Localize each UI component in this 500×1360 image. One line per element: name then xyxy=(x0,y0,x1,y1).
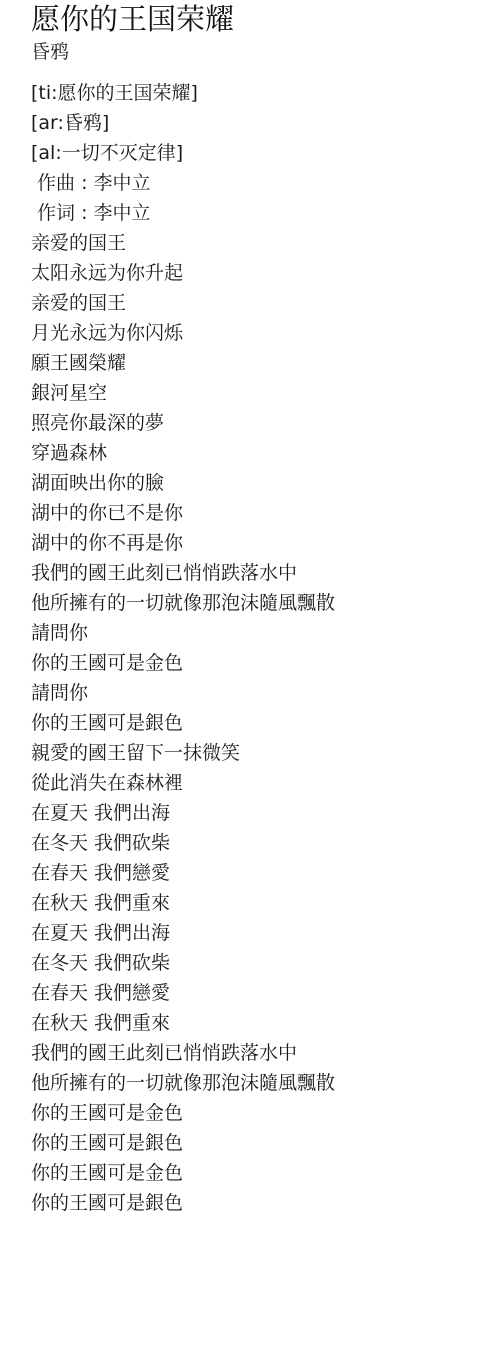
lyric-line: 你的王國可是金色 xyxy=(31,1158,335,1188)
lyric-line: 銀河星空 xyxy=(31,378,335,408)
lyric-line: 湖中的你不再是你 xyxy=(31,528,335,558)
lyric-line: [ar:昏鸦] xyxy=(31,108,335,138)
lyric-line: 月光永远为你闪烁 xyxy=(31,318,335,348)
song-title: 愿你的王国荣耀 xyxy=(31,0,491,38)
lyric-line: 在夏天 我們出海 xyxy=(31,798,335,828)
lyric-line: 在春天 我們戀愛 xyxy=(31,858,335,888)
lyric-line: 在冬天 我們砍柴 xyxy=(31,948,335,978)
lyric-line: 你的王國可是銀色 xyxy=(31,708,335,738)
lyric-line: 亲爱的国王 xyxy=(31,288,335,318)
lyric-line: 願王國榮耀 xyxy=(31,348,335,378)
lyric-line: 在春天 我們戀愛 xyxy=(31,978,335,1008)
song-artist: 昏鸦 xyxy=(31,38,491,66)
lyric-line: 我們的國王此刻已悄悄跌落水中 xyxy=(31,1038,335,1068)
lyric-line: 湖中的你已不是你 xyxy=(31,498,335,528)
lyric-line: 在夏天 我們出海 xyxy=(31,918,335,948)
lyric-line: 作曲 : 李中立 xyxy=(31,168,335,198)
lyric-line: 湖面映出你的臉 xyxy=(31,468,335,498)
lyrics-page: 愿你的王国荣耀 昏鸦 [ti:愿你的王国荣耀][ar:昏鸦][al:一切不灭定律… xyxy=(31,0,491,66)
lyric-line: 作词 : 李中立 xyxy=(31,198,335,228)
lyric-line: 他所擁有的一切就像那泡沫隨風飄散 xyxy=(31,588,335,618)
lyric-line: 在冬天 我們砍柴 xyxy=(31,828,335,858)
lyric-line: 他所擁有的一切就像那泡沫隨風飄散 xyxy=(31,1068,335,1098)
lyric-line: [ti:愿你的王国荣耀] xyxy=(31,78,335,108)
lyric-line: 太阳永远为你升起 xyxy=(31,258,335,288)
lyric-line: 你的王國可是銀色 xyxy=(31,1128,335,1158)
lyric-line: 請問你 xyxy=(31,618,335,648)
lyric-line: 請問你 xyxy=(31,678,335,708)
lyric-line: [al:一切不灭定律] xyxy=(31,138,335,168)
lyric-line: 穿過森林 xyxy=(31,438,335,468)
lyric-line: 我們的國王此刻已悄悄跌落水中 xyxy=(31,558,335,588)
lyric-line: 在秋天 我們重來 xyxy=(31,1008,335,1038)
lyric-line: 你的王國可是銀色 xyxy=(31,1188,335,1218)
lyric-line: 你的王國可是金色 xyxy=(31,1098,335,1128)
lyric-line: 你的王國可是金色 xyxy=(31,648,335,678)
lyric-line: 亲爱的国王 xyxy=(31,228,335,258)
lyrics-list: [ti:愿你的王国荣耀][ar:昏鸦][al:一切不灭定律] 作曲 : 李中立 … xyxy=(31,78,335,1218)
lyric-line: 親愛的國王留下一抹微笑 xyxy=(31,738,335,768)
lyric-line: 在秋天 我們重來 xyxy=(31,888,335,918)
lyric-line: 照亮你最深的夢 xyxy=(31,408,335,438)
lyric-line: 從此消失在森林裡 xyxy=(31,768,335,798)
